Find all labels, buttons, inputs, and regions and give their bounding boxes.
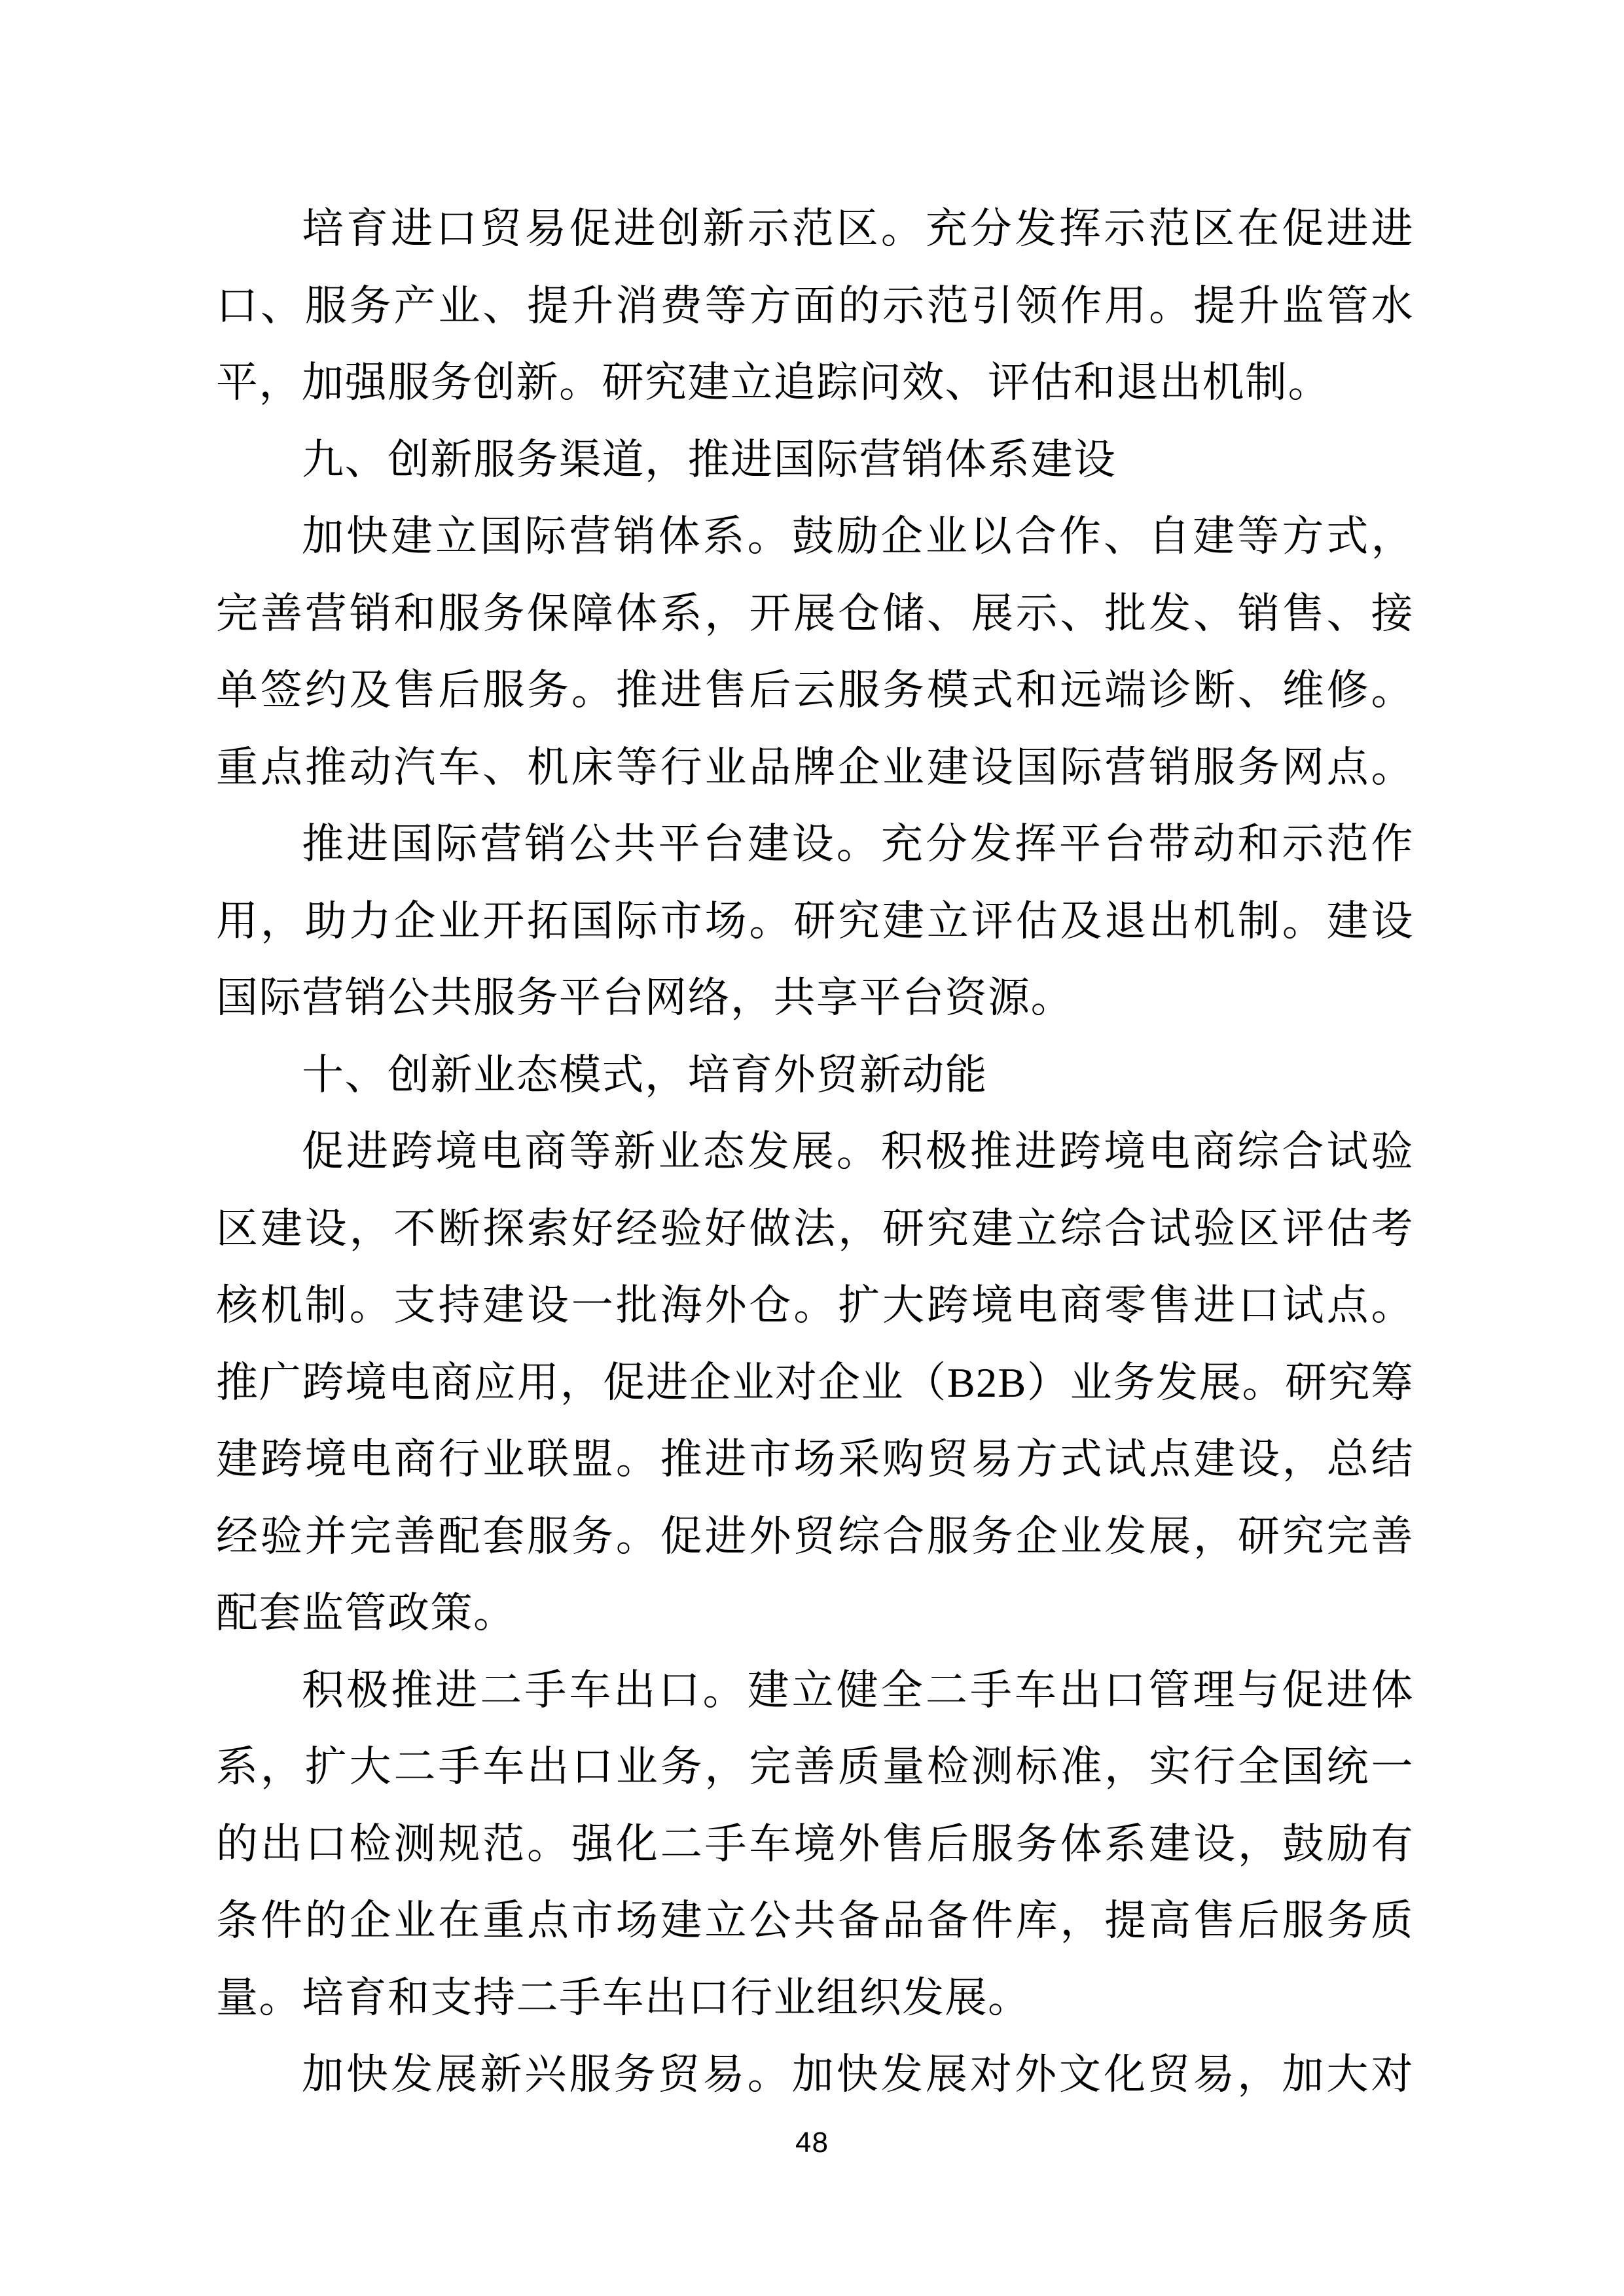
text-line: 核机制。支持建设一批海外仓。扩大跨境电商零售进口试点。 xyxy=(216,1267,1414,1344)
text-line: 量。培育和支持二手车出口行业组织发展。 xyxy=(216,1960,1414,2037)
text-line: 区建设，不断探索好经验好做法，研究建立综合试验区评估考 xyxy=(216,1191,1414,1268)
text-line: 的出口检测规范。强化二手车境外售后服务体系建设，鼓励有 xyxy=(216,1806,1414,1883)
text-line: 重点推动汽车、机床等行业品牌企业建设国际营销服务网点。 xyxy=(216,729,1414,806)
section-heading: 九、创新服务渠道，推进国际营销体系建设 xyxy=(216,422,1414,499)
text-line: 国际营销公共服务平台网络，共享平台资源。 xyxy=(216,960,1414,1037)
text-line: 加快建立国际营销体系。鼓励企业以合作、自建等方式， xyxy=(216,498,1414,575)
section-heading: 十、创新业态模式，培育外贸新动能 xyxy=(216,1037,1414,1114)
text-line: 配套监管政策。 xyxy=(216,1575,1414,1652)
text-line: 系，扩大二手车出口业务，完善质量检测标准，实行全国统一 xyxy=(216,1729,1414,1806)
text-line: 推进国际营销公共平台建设。充分发挥平台带动和示范作 xyxy=(216,806,1414,883)
text-line: 完善营销和服务保障体系，开展仓储、展示、批发、销售、接 xyxy=(216,575,1414,653)
text-line: 平，加强服务创新。研究建立追踪问效、评估和退出机制。 xyxy=(216,344,1414,422)
text-line: 建跨境电商行业联盟。推进市场采购贸易方式试点建设，总结 xyxy=(216,1421,1414,1498)
text-line: 经验并完善配套服务。促进外贸综合服务企业发展，研究完善 xyxy=(216,1498,1414,1575)
text-line: 促进跨境电商等新业态发展。积极推进跨境电商综合试验 xyxy=(216,1113,1414,1191)
text-line: 积极推进二手车出口。建立健全二手车出口管理与促进体 xyxy=(216,1652,1414,1729)
text-line: 用，助力企业开拓国际市场。研究建立评估及退出机制。建设 xyxy=(216,883,1414,960)
text-line: 单签约及售后服务。推进售后云服务模式和远端诊断、维修。 xyxy=(216,652,1414,729)
text-line: 推广跨境电商应用，促进企业对企业（B2B）业务发展。研究筹 xyxy=(216,1344,1414,1422)
document-page: 培育进口贸易促进创新示范区。充分发挥示范区在促进进 口、服务产业、提升消费等方面… xyxy=(0,0,1624,2296)
text-line: 加快发展新兴服务贸易。加快发展对外文化贸易，加大对 xyxy=(216,2036,1414,2113)
page-number: 48 xyxy=(795,2126,829,2159)
document-body: 培育进口贸易促进创新示范区。充分发挥示范区在促进进 口、服务产业、提升消费等方面… xyxy=(216,190,1414,2113)
page-footer: 48 xyxy=(0,2128,1624,2157)
text-line: 条件的企业在重点市场建立公共备品备件库，提高售后服务质 xyxy=(216,1882,1414,1960)
text-line: 培育进口贸易促进创新示范区。充分发挥示范区在促进进 xyxy=(216,190,1414,268)
text-line: 口、服务产业、提升消费等方面的示范引领作用。提升监管水 xyxy=(216,268,1414,345)
